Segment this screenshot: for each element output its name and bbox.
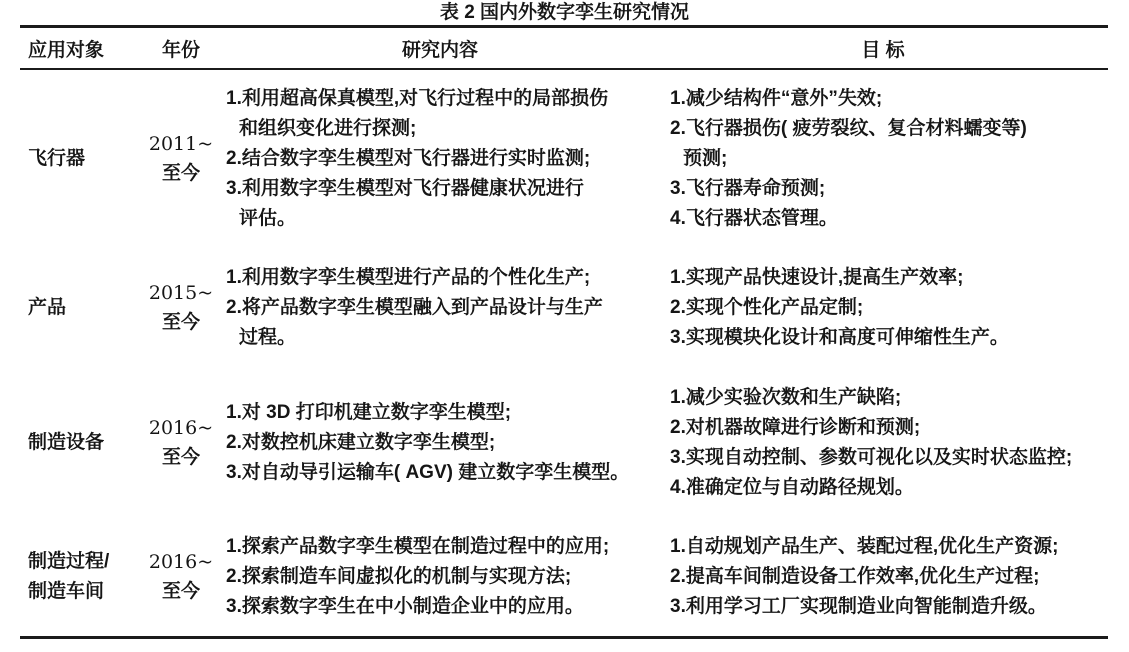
research-line: 2.将产品数字孪生模型融入到产品设计与生产	[226, 293, 654, 323]
research-cell: 1.利用数字孪生模型进行产品的个性化生产; 2.将产品数字孪生模型融入到产品设计…	[222, 248, 658, 368]
target-cell: 1.减少结构件“意外”失效; 2.飞行器损伤( 疲劳裂纹、复合材料蠕变等) 预测…	[658, 70, 1108, 248]
table-row: 制造设备 2016~ 至今 1.对 3D 打印机建立数字孪生模型; 2.对数控机…	[20, 368, 1108, 518]
target-line: 2.实现个性化产品定制;	[670, 293, 1104, 323]
year-from: 2011~	[140, 130, 222, 159]
object-line: 制造车间	[28, 577, 140, 607]
research-line: 和组织变化进行探测;	[226, 114, 654, 144]
paper-table-figure: 表 2 国内外数字孪生研究情况 应用对象 年份 研究内容 目 标 飞行器 201…	[0, 0, 1129, 652]
year-from: 2016~	[140, 414, 222, 443]
target-line: 2.对机器故障进行诊断和预测;	[670, 413, 1104, 443]
research-line: 1.对 3D 打印机建立数字孪生模型;	[226, 398, 654, 428]
year-to: 至今	[140, 308, 222, 337]
target-cell: 1.实现产品快速设计,提高生产效率; 2.实现个性化产品定制; 3.实现模块化设…	[658, 248, 1108, 368]
year-cell: 2015~ 至今	[140, 248, 222, 368]
column-header-year: 年份	[140, 35, 222, 62]
research-line: 1.利用超高保真模型,对飞行过程中的局部损伤	[226, 84, 654, 114]
object-cell: 制造过程/ 制造车间	[20, 518, 140, 636]
research-line: 2.探索制造车间虚拟化的机制与实现方法;	[226, 562, 654, 592]
year-cell: 2016~ 至今	[140, 518, 222, 636]
target-line: 3.利用学习工厂实现制造业向智能制造升级。	[670, 592, 1104, 622]
research-cell: 1.对 3D 打印机建立数字孪生模型; 2.对数控机床建立数字孪生模型; 3.对…	[222, 368, 658, 518]
research-line: 过程。	[226, 323, 654, 353]
object-cell: 飞行器	[20, 70, 140, 248]
target-line: 3.飞行器寿命预测;	[670, 174, 1104, 204]
research-line: 3.利用数字孪生模型对飞行器健康状况进行	[226, 174, 654, 204]
year-to: 至今	[140, 159, 222, 188]
object-line: 产品	[28, 293, 140, 323]
target-line: 3.实现模块化设计和高度可伸缩性生产。	[670, 323, 1104, 353]
column-header-object: 应用对象	[20, 35, 140, 62]
research-line: 1.探索产品数字孪生模型在制造过程中的应用;	[226, 532, 654, 562]
research-line: 2.对数控机床建立数字孪生模型;	[226, 428, 654, 458]
target-line: 4.准确定位与自动路径规划。	[670, 473, 1104, 503]
research-line: 评估。	[226, 204, 654, 234]
object-line: 飞行器	[28, 144, 140, 174]
column-header-research: 研究内容	[222, 35, 658, 62]
table-row: 制造过程/ 制造车间 2016~ 至今 1.探索产品数字孪生模型在制造过程中的应…	[20, 518, 1108, 636]
target-cell: 1.减少实验次数和生产缺陷; 2.对机器故障进行诊断和预测; 3.实现自动控制、…	[658, 368, 1108, 518]
year-cell: 2016~ 至今	[140, 368, 222, 518]
table-row: 飞行器 2011~ 至今 1.利用超高保真模型,对飞行过程中的局部损伤 和组织变…	[20, 70, 1108, 248]
year-cell: 2011~ 至今	[140, 70, 222, 248]
column-header-target: 目 标	[658, 35, 1108, 62]
target-line: 2.提高车间制造设备工作效率,优化生产过程;	[670, 562, 1104, 592]
target-line: 1.减少结构件“意外”失效;	[670, 84, 1104, 114]
target-line: 2.飞行器损伤( 疲劳裂纹、复合材料蠕变等)	[670, 114, 1104, 144]
target-line: 1.自动规划产品生产、装配过程,优化生产资源;	[670, 532, 1104, 562]
target-line: 预测;	[670, 144, 1104, 174]
target-cell: 1.自动规划产品生产、装配过程,优化生产资源; 2.提高车间制造设备工作效率,优…	[658, 518, 1108, 636]
target-line: 1.减少实验次数和生产缺陷;	[670, 383, 1104, 413]
object-line: 制造设备	[28, 428, 140, 458]
research-line: 2.结合数字孪生模型对飞行器进行实时监测;	[226, 144, 654, 174]
year-to: 至今	[140, 443, 222, 472]
target-line: 3.实现自动控制、参数可视化以及实时状态监控;	[670, 443, 1104, 473]
object-line: 制造过程/	[28, 547, 140, 577]
research-cell: 1.利用超高保真模型,对飞行过程中的局部损伤 和组织变化进行探测; 2.结合数字…	[222, 70, 658, 248]
table-row: 产品 2015~ 至今 1.利用数字孪生模型进行产品的个性化生产; 2.将产品数…	[20, 248, 1108, 368]
year-from: 2015~	[140, 279, 222, 308]
research-cell: 1.探索产品数字孪生模型在制造过程中的应用; 2.探索制造车间虚拟化的机制与实现…	[222, 518, 658, 636]
table-title: 表 2 国内外数字孪生研究情况	[0, 0, 1129, 25]
research-line: 1.利用数字孪生模型进行产品的个性化生产;	[226, 263, 654, 293]
research-line: 3.对自动导引运输车( AGV) 建立数字孪生模型。	[226, 458, 654, 488]
object-cell: 产品	[20, 248, 140, 368]
table-header-row: 应用对象 年份 研究内容 目 标	[20, 28, 1108, 70]
target-line: 4.飞行器状态管理。	[670, 204, 1104, 234]
research-table: 应用对象 年份 研究内容 目 标 飞行器 2011~ 至今 1.利用超高保真模型…	[20, 25, 1108, 639]
research-line: 3.探索数字孪生在中小制造企业中的应用。	[226, 592, 654, 622]
target-line: 1.实现产品快速设计,提高生产效率;	[670, 263, 1104, 293]
object-cell: 制造设备	[20, 368, 140, 518]
year-from: 2016~	[140, 548, 222, 577]
year-to: 至今	[140, 577, 222, 606]
